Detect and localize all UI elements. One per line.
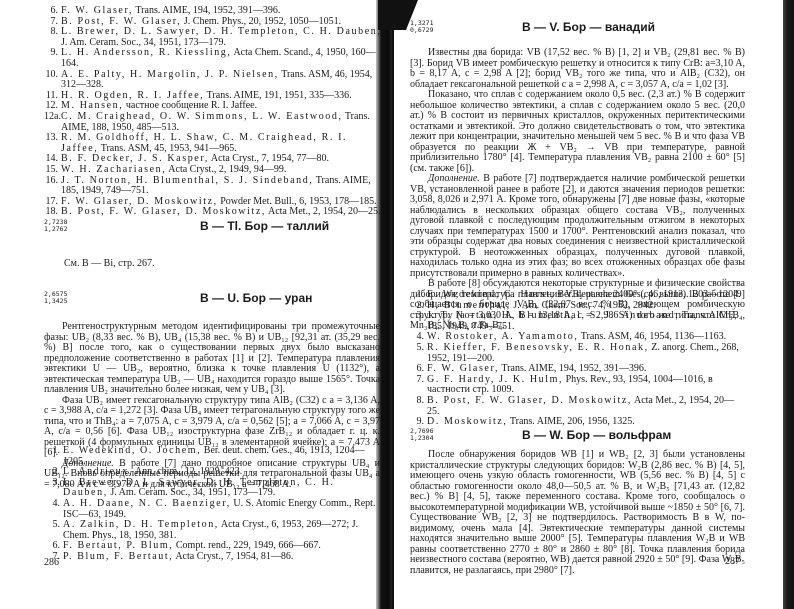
reference-text: J. T. Norton, H. Blumenthal, S. J. Sinde… [427, 311, 745, 332]
reference-item: 16.J. T. Norton, H. Blumenthal, S. J. Si… [44, 176, 382, 197]
log-values: 2,6575 1,3425 [44, 291, 104, 305]
reference-number: 5. [410, 343, 427, 364]
log-values: 1,3271 0,6729 [410, 20, 470, 34]
section-title: B — V. Бор — ванадий [522, 20, 655, 34]
reference-authors: A. Zalkin, D. H. Templeton, [63, 519, 219, 530]
reference-item: 3.J. T. Norton, H. Blumenthal, S. J. Sin… [410, 311, 745, 332]
reference-authors: D. Moskowitz, [427, 416, 508, 427]
section-body-b-w: После обнаружения боридов WB [1] и WB₂ [… [410, 450, 745, 576]
reference-number: 3. [410, 311, 427, 332]
reference-number: 15. [44, 165, 61, 176]
reference-item: 5.R. Kieffer, F. Benesovsky, E. R. Honak… [410, 343, 745, 364]
reference-authors: E. Wedekind, O. Jochem, [63, 445, 201, 456]
paragraph: После обнаружения боридов WB [1] и WB₂ [… [410, 450, 745, 576]
reference-authors: B. Post, F. W. Glaser, D. Moskowitz, [61, 206, 266, 217]
reference-number: 12a. [44, 112, 61, 133]
section-title: B — Tl. Бор — таллий [200, 219, 329, 233]
reference-item: 3.L. Brewer, D. L. Sawyer, D. H. Templet… [46, 478, 382, 499]
reference-authors: W. Rostoker, A. Yamamoto, [427, 331, 578, 342]
paragraph: Известны два борида: VB (17,52 вес. % B)… [410, 48, 745, 90]
reference-text: A. H. Daane, N. C. Baenziger, U. S. Atom… [63, 499, 382, 520]
reference-item: 10.A. E. Palty, H. Margolin, J. P. Niels… [44, 70, 382, 91]
reference-authors: W. H. Zachariasen, [61, 164, 166, 175]
reference-text: A. E. Palty, H. Margolin, J. P. Nielsen,… [61, 70, 382, 91]
reference-text: D. Moskowitz, Trans. AIME, 206, 1956, 13… [427, 417, 745, 428]
page-edge-shadow [783, 0, 794, 609]
reference-text: L. Brewer, D. L. Sawyer, D. H. Templeton… [63, 478, 382, 499]
reference-item: 8.L. Brewer, D. L. Sawyer, D. H. Templet… [44, 27, 382, 48]
reference-authors: F. Bertaut, P. Blum, [63, 540, 173, 551]
reference-authors: H. Blumenthal, [427, 300, 511, 311]
reference-number: 10. [44, 70, 61, 91]
reference-number: 5. [46, 520, 63, 541]
reference-item: 4.A. H. Daane, N. C. Baenziger, U. S. At… [46, 499, 382, 520]
section-header-b-tl: 2,7238 1,2762 B — Tl. Бор — таллий [44, 219, 374, 233]
section-header-b-w: 2,7696 1,2304 B — W. Бор — вольфрам [410, 428, 740, 442]
reference-text: G. F. Hardy, J. K. Hulm, Phys. Rev., 93,… [427, 375, 745, 396]
reference-text: B. Post, F. W. Glaser, D. Moskowitz, Act… [427, 396, 745, 417]
reference-authors: L. Brewer, D. L. Sawyer, D. H. Templeton… [63, 477, 335, 499]
reference-item: 9.D. Moskowitz, Trans. AIME, 206, 1956, … [410, 417, 745, 428]
reference-authors: P. Blum, F. Bertaut, [63, 551, 173, 562]
reference-text: R. M. Goldhoff, H. L. Shaw, C. M. Craigh… [61, 133, 382, 154]
reference-text: L. Brewer, D. L. Sawyer, D. H. Templeton… [61, 27, 382, 48]
reference-authors: A. H. Daane, N. C. Baenziger, [63, 498, 231, 509]
reference-item: 12a.C. M. Craighead, O. W. Simmons, L. W… [44, 112, 382, 133]
reference-number: 3. [46, 478, 63, 499]
reference-authors: F. W. Glaser, D. Moskowitz, [61, 196, 218, 207]
section-title: B — W. Бор — вольфрам [522, 428, 671, 442]
reference-authors: L. Andrieux, [63, 466, 133, 477]
reference-authors: B. Post, F. W. Glaser, D. Moskowitz, [427, 395, 632, 406]
reference-text: L. H. Andersson, R. Kiessling, Acta Chem… [61, 48, 382, 69]
reference-number: 18. [44, 207, 61, 218]
reference-authors: G. F. Hardy, J. K. Hulm, [427, 374, 563, 385]
reference-text: R. Kieffer, F. Benesovsky, E. R. Honak, … [427, 343, 745, 364]
reference-authors: C. M. Craighead, O. W. Simmons, L. W. Ea… [61, 111, 343, 122]
reference-number: 9. [44, 48, 61, 69]
reference-authors: J. T. Norton, H. Blumenthal, S. J. Sinde… [61, 175, 313, 186]
reference-item: 9.L. H. Andersson, R. Kiessling, Acta Ch… [44, 48, 382, 69]
reference-authors: L. H. Andersson, R. Kiessling, [61, 47, 232, 58]
reference-authors: H. R. Ogden, R. I. Jaffee, [61, 90, 204, 101]
reference-authors: B. F. Decker, J. S. Kasper, [61, 153, 209, 164]
reference-text: A. Zalkin, D. H. Templeton, Acta Cryst.,… [63, 520, 382, 541]
reference-authors: B. Post, F. W. Glaser, [61, 16, 181, 27]
reference-authors: M. Hansen, [61, 100, 123, 111]
reference-authors: R. Kieffer, F. Benesovsky, E. R. Honak, [427, 342, 649, 353]
reference-item: 1.E. Wedekind, O. Jochem, Ber. deut. che… [46, 446, 382, 467]
paragraph: Показано, что сплав с содержанием около … [410, 90, 745, 174]
reference-text: C. M. Craighead, O. W. Simmons, L. W. Ea… [61, 112, 382, 133]
page-number: 287 [725, 556, 740, 567]
right-page: 1,3271 0,6729 B — V. Бор — ванадий Извес… [398, 0, 746, 609]
reference-number: 13. [44, 133, 61, 154]
section-header-b-v: 1,3271 0,6729 B — V. Бор — ванадий [410, 20, 740, 34]
left-page: 6.F. W. Glaser, Trans. AIME, 194, 1952, … [0, 0, 386, 609]
reference-item: 13.R. M. Goldhoff, H. L. Shaw, C. M. Cra… [44, 133, 382, 154]
section-title: B — U. Бор — уран [200, 291, 312, 305]
reference-text: P. Blum, F. Bertaut, Acta Cryst., 7, 195… [63, 552, 382, 563]
reference-authors: J. T. Norton, H. Blumenthal, S. J. Sinde… [427, 310, 679, 321]
reference-item: 18.B. Post, F. W. Glaser, D. Moskowitz, … [44, 207, 382, 218]
reference-text: J. T. Norton, H. Blumenthal, S. J. Sinde… [61, 176, 382, 197]
reference-number: 8. [44, 27, 61, 48]
paragraph: Дополнение. В работе [7] подтверждается … [410, 174, 745, 279]
reference-number: 1. [46, 446, 63, 467]
addendum-label: Дополнение. [428, 173, 480, 184]
references-b-u: 1.E. Wedekind, O. Jochem, Ber. deut. che… [46, 446, 382, 563]
cross-reference-text: См. B — Bi, стр. 267. [64, 259, 364, 270]
reference-number: 6. [44, 6, 61, 17]
reference-number: 1. [410, 290, 427, 301]
log-values: 2,7238 1,2762 [44, 219, 104, 233]
reference-authors: F. W. Glaser, [61, 5, 133, 16]
reference-item: 7.P. Blum, F. Bertaut, Acta Cryst., 7, 1… [46, 552, 382, 563]
reference-number: 4. [46, 499, 63, 520]
references-continued: 6.F. W. Glaser, Trans. AIME, 194, 1952, … [44, 6, 382, 218]
reference-number: 7. [410, 375, 427, 396]
reference-number: 16. [44, 176, 61, 197]
paragraph: Рентгеноструктурным методом идентифициро… [44, 322, 380, 396]
reference-authors: R. M. Goldhoff, H. L. Shaw, C. M. Craigh… [61, 132, 347, 154]
section-header-b-u: 2,6575 1,3425 B — U. Бор — уран [44, 291, 374, 305]
reference-authors: F. W. Glaser, [427, 363, 499, 374]
reference-authors: E. Wedekind, C. Horst, [427, 289, 555, 300]
reference-text: B. Post, F. W. Glaser, D. Moskowitz, Act… [61, 207, 382, 218]
book-spine-line [392, 30, 394, 609]
reference-text: E. Wedekind, O. Jochem, Ber. deut. chem.… [63, 446, 382, 467]
reference-item: 8.B. Post, F. W. Glaser, D. Moskowitz, A… [410, 396, 745, 417]
reference-number: 8. [410, 396, 427, 417]
page-number: 286 [44, 557, 59, 568]
reference-authors: L. Brewer, D. L. Sawyer, D. H. Templeton… [61, 26, 381, 37]
reference-authors: A. E. Palty, H. Margolin, J. P. Nielsen, [61, 69, 279, 80]
reference-item: 7.G. F. Hardy, J. K. Hulm, Phys. Rev., 9… [410, 375, 745, 396]
reference-item: 5.A. Zalkin, D. H. Templeton, Acta Cryst… [46, 520, 382, 541]
references-b-v: 1.E. Wedekind, C. Horst, Ber. deut. chem… [410, 290, 745, 428]
log-values: 2,7696 1,2304 [410, 428, 470, 442]
